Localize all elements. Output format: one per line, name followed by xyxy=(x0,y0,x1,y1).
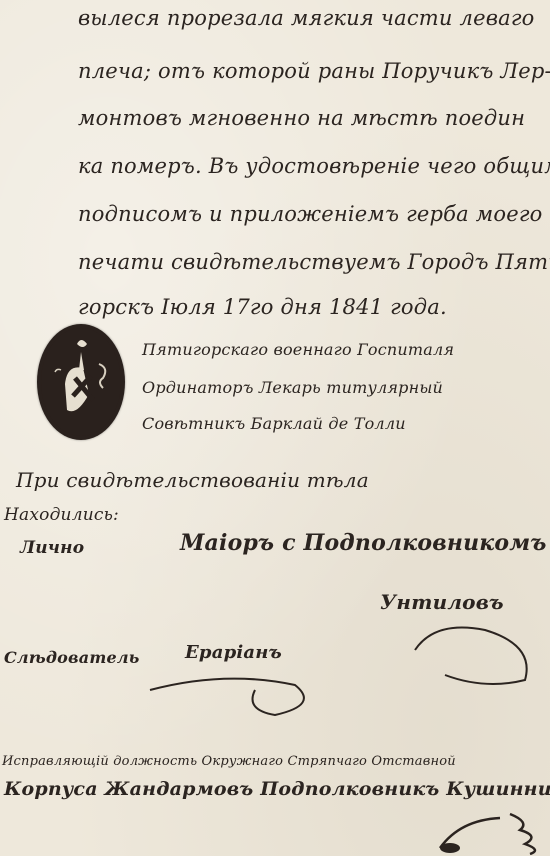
wax-seal-coat-of-arms-icon xyxy=(37,324,125,440)
signature-untilov: Унтиловъ xyxy=(380,590,504,614)
witness-line-1: При свидѣтельствованiи тѣла xyxy=(16,468,369,492)
body-line-4: ка померъ. Въ удостовѣренiе чего общимъ xyxy=(78,154,550,178)
body-line-5: подписомъ и приложенiемъ герба моего xyxy=(78,202,543,226)
document-page: вылеся прорезала мягкия части леваго пле… xyxy=(0,0,550,856)
seal-side-line-2: Ординаторъ Лекарь титулярный xyxy=(142,378,443,397)
signature-flourish-icon xyxy=(430,810,550,856)
signature-flourish-icon xyxy=(405,620,545,700)
seal-side-line-3: Совѣтникъ Барклай де Толли xyxy=(142,414,406,433)
body-line-6: печати свидѣтельствуемъ Городъ Пяти xyxy=(78,250,550,274)
signature-label-personally: Лично xyxy=(20,538,84,558)
footer-line-2: Корпуса Жандармовъ Подполковникъ Кушинни… xyxy=(4,778,550,800)
witness-line-2: Находились: xyxy=(4,505,119,525)
body-line-7: горскъ Iюля 17го дня 1841 года. xyxy=(78,295,447,319)
body-line-2: плеча; отъ которой раны Поручикъ Лер- xyxy=(78,59,550,83)
seal-side-line-1: Пятигорскаго военнаго Госпиталя xyxy=(142,340,454,359)
footer-line-1: Исправляющiй должность Окружнаго Стряпча… xyxy=(2,754,456,769)
signature-major: Маiоръ с Подполковникомъ xyxy=(180,530,547,556)
signature-label-investigator: Слѣдователь xyxy=(4,648,140,667)
signature-flourish-icon xyxy=(145,660,325,720)
body-line-3: монтовъ мгновенно на мѣстѣ поедин xyxy=(78,106,525,130)
body-line-1: вылеся прорезала мягкия части леваго xyxy=(78,6,535,30)
